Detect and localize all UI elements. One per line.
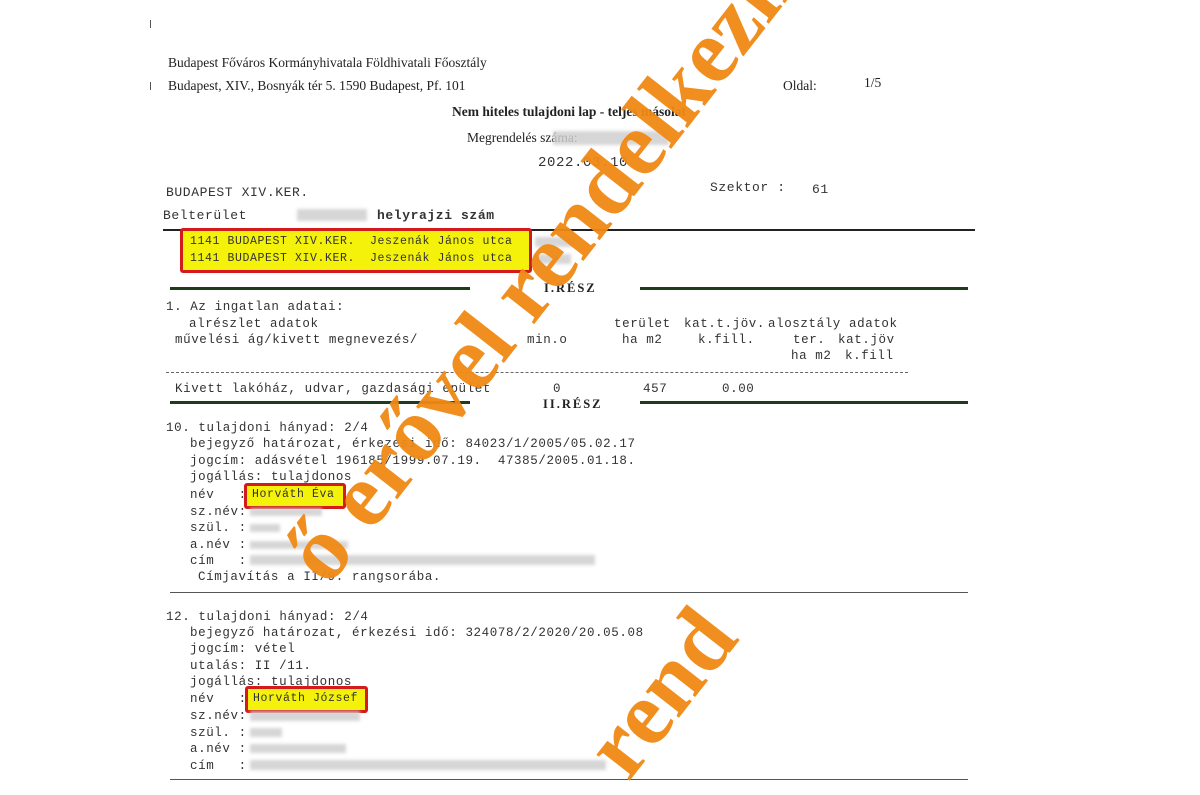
parcel-min: 0 [553,382,561,396]
redacted-parcel-number [297,209,367,221]
registration-decision: bejegyző határozat, érkezési idő: 324078… [190,626,644,640]
col-area-unit: ha m2 [622,333,663,347]
address-line: 1141 BUDAPEST XIV.KER. Jeszenák János ut… [190,252,513,265]
parcel-kat: 0.00 [722,382,754,396]
page-number: 1/5 [864,75,881,91]
col-kat-unit: k.fill. [698,333,755,347]
col-sub-kat-unit: k.fill [845,349,894,363]
col-cultivation: művelési ág/kivett megnevezés/ [175,333,418,347]
part-2-title: II.RÉSZ [543,397,603,412]
maiden-name-label: sz.név: [190,505,247,519]
sector-value: 61 [812,182,829,197]
col-sub-kat: kat.jöv [838,333,895,347]
parcel-area: 457 [643,382,667,396]
col-subparcel: alrészlet adatok [189,317,319,331]
redacted-field [250,760,606,770]
legal-title: jogcím: vétel [190,642,295,656]
section-rule [640,287,968,290]
maiden-name-label: sz.név: [190,709,247,723]
col-sub-area-unit: ha m2 [791,349,832,363]
name-label: név : [190,488,247,502]
divider [170,779,968,780]
owner-share: 10. tulajdoni hányad: 2/4 [166,421,369,435]
district: BUDAPEST XIV.KER. [166,185,309,200]
address-label: cím : [190,759,247,773]
birth-label: szül. : [190,521,247,535]
address-line: 1141 BUDAPEST XIV.KER. Jeszenák János ut… [190,235,513,248]
name-label: név : [190,692,247,706]
mother-name-label: a.név : [190,742,247,756]
owner-share: 12. tulajdoni hányad: 2/4 [166,610,369,624]
parcel-label: helyrajzi szám [377,208,495,223]
col-kat: kat.t.jöv. [684,317,765,331]
redacted-field [250,744,346,753]
divider [170,592,968,593]
birth-label: szül. : [190,726,247,740]
section-rule [170,287,470,290]
section-rule [640,401,968,404]
table-divider [166,372,908,373]
page-label: Oldal: [783,78,817,94]
sector-label: Szektor : [710,180,786,195]
margin-mark [150,82,151,90]
reference: utalás: II /11. [190,659,312,673]
redacted-field [250,711,360,721]
office-name: Budapest Főváros Kormányhivatala Földhiv… [168,55,487,71]
property-data-heading: 1. Az ingatlan adatai: [166,300,344,314]
office-address: Budapest, XIV., Bosnyák tér 5. 1590 Buda… [168,78,465,94]
col-sub-area: ter. [793,333,825,347]
land-registry-document: Budapest Főváros Kormányhivatala Földhiv… [0,0,1200,795]
address-label: cím : [190,554,247,568]
col-area: terület [614,317,671,331]
owner-name: Horváth József [253,692,358,705]
mother-name-label: a.név : [190,538,247,552]
redacted-field [250,728,282,737]
area-type: Belterület [163,208,247,223]
col-subclass: alosztály adatok [768,317,898,331]
margin-mark [150,20,151,28]
